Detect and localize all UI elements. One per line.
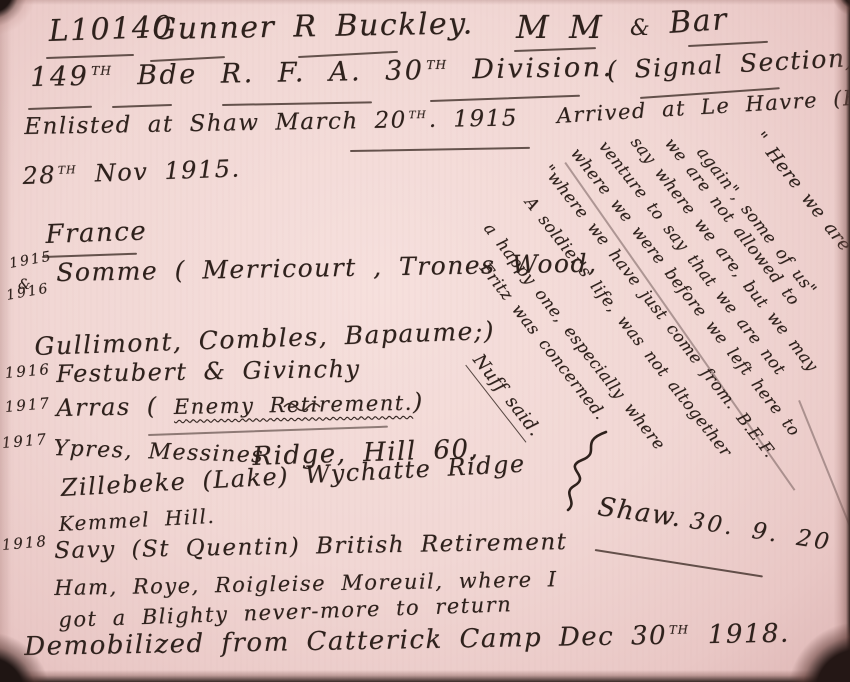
- division-ordinal: TH: [426, 58, 447, 72]
- medal-mm: M M: [516, 8, 603, 46]
- photo-corner-top-right: [820, 0, 850, 30]
- medal-ampersand: &: [630, 16, 651, 41]
- demob-ordinal: TH: [669, 623, 689, 637]
- soldier-name: Gunner R Buckley.: [152, 6, 474, 47]
- unit-number: 149: [30, 61, 90, 93]
- photo-corner-bottom-left: [0, 602, 90, 682]
- arras-close: ): [413, 388, 424, 416]
- enlisted-day: 20: [374, 107, 407, 134]
- album-page: L10140 Gunner R Buckley. M M & Bar 149TH…: [0, 0, 850, 682]
- arrival-ordinal: TH: [58, 163, 77, 177]
- unit-brigade: Bde R. F. A. 30: [137, 55, 425, 91]
- enlisted-ordinal: TH: [409, 109, 427, 121]
- medal-bar: Bar: [668, 2, 729, 41]
- unit-division: Division.: [472, 52, 614, 85]
- photo-corner-bottom-right: [750, 612, 850, 682]
- page-edge-top: [0, 0, 850, 5]
- arrival-rest: Nov 1915.: [94, 154, 241, 187]
- underline-squiggle: [282, 400, 328, 412]
- arras-text: Arras (: [56, 392, 158, 422]
- enlisted-year: . 1915: [428, 105, 518, 133]
- page-edge-left: [0, 0, 12, 682]
- arrival-day: 28: [22, 161, 57, 190]
- page-edge-bottom: [0, 670, 850, 682]
- unit-ordinal: TH: [91, 64, 112, 78]
- page-edge-right: [834, 0, 850, 682]
- photo-corner-top-left: [0, 0, 64, 64]
- section-heading-france: France: [45, 216, 148, 250]
- campaign-entry: Festubert & Givinchy: [56, 355, 361, 388]
